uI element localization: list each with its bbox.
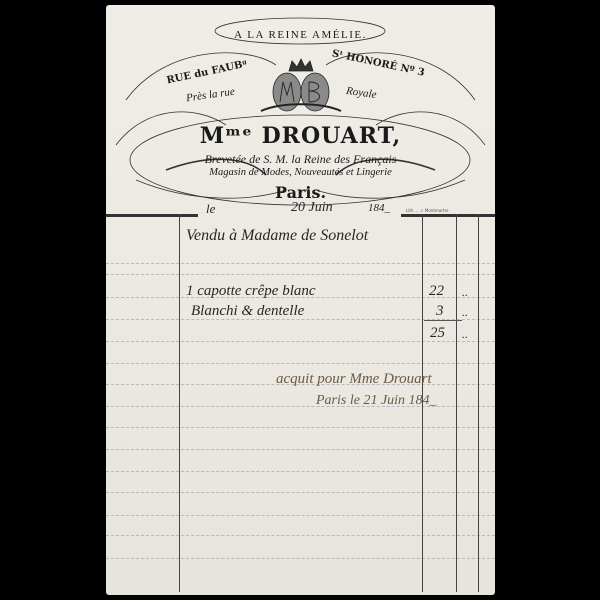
near-right: Royale — [345, 85, 377, 101]
item-amount: 3 — [436, 303, 444, 320]
receipt-date: Paris le 21 Juin 184_ — [316, 393, 437, 409]
invoice-year: 184_ — [368, 202, 390, 214]
receipt-acknowledgement: acquit pour Mme Drouart — [276, 371, 432, 388]
right-column-line — [478, 214, 479, 592]
sold-to: Vendu à Madame de Sonelot — [186, 227, 368, 245]
near-left: Près la rue — [185, 86, 235, 105]
total-cents: .. — [462, 327, 468, 342]
printer-credit: Lith. ... r. Montmartre — [406, 208, 448, 213]
crown-monogram-crest-icon — [256, 57, 346, 119]
trade-description: Magasin de Modes, Nouveautés et Lingerie — [106, 167, 495, 178]
item-description: Blanchi & dentelle — [191, 303, 304, 320]
royal-warrant: Brevetée de S. M. la Reine des Français — [106, 152, 495, 167]
total-amount: 25 — [430, 325, 445, 342]
total-rule — [424, 320, 462, 321]
cents-column-line — [456, 214, 457, 592]
margin-column-line — [179, 214, 180, 592]
address-left: RUE du FAUBᵍ — [166, 59, 249, 87]
header-rule-left — [106, 214, 198, 217]
proprietor-name: Mᵐᵉ DROUART, — [106, 123, 495, 149]
item-cents: .. — [462, 285, 468, 300]
shop-sign: A LA REINE AMÉLIE. — [106, 29, 495, 41]
header-rule-right — [401, 214, 495, 217]
invoice-paper: A LA REINE AMÉLIE. RUE du FAUBᵍ Sᵗ HONOR… — [106, 5, 495, 595]
invoice-date: 20 Juin — [291, 200, 333, 216]
item-description: 1 capotte crêpe blanc — [186, 283, 316, 300]
date-prefix: le — [206, 201, 215, 217]
item-amount: 22 — [429, 283, 444, 300]
item-cents: .. — [462, 305, 468, 320]
